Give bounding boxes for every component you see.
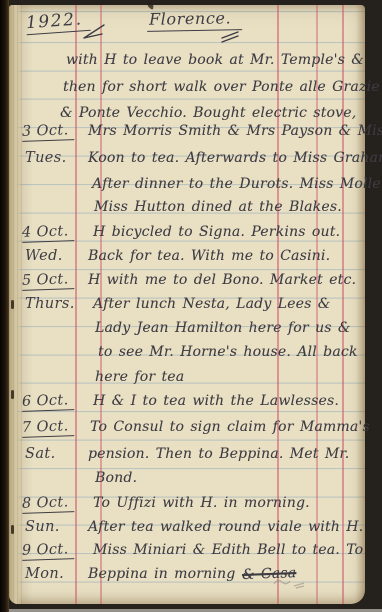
entry-text: H bicycled to Signa. Perkins out. <box>93 224 340 240</box>
entry-text-wrap: & Ponte Vecchio. Bought electric stove, <box>60 105 356 121</box>
entry-text-wrap: H bicycled to Signa. Perkins out. <box>93 224 340 240</box>
entry-text: Miss Miniari & Edith Bell to tea. To <box>93 542 363 558</box>
entry-date-label: 7 Oct. <box>22 418 74 438</box>
entry-text-wrap: Bond. <box>95 470 137 486</box>
diary-line: 8 Oct.To Uffizi with H. in morning. <box>0 495 382 517</box>
diary-line: 9 Oct.Miss Miniari & Edith Bell to tea. … <box>0 542 382 564</box>
entry-day-label: Sun. <box>25 519 60 535</box>
diary-line: here for tea <box>0 369 382 391</box>
entry-text-wrap: Koon to tea. Afterwards to Miss Graham <box>88 150 382 166</box>
entry-text-wrap: to see Mr. Horne's house. All back <box>98 344 358 360</box>
entry-text: Bond. <box>95 470 137 486</box>
entry-text: After dinner to the Durots. Miss Moller. <box>92 176 382 192</box>
entry-text-wrap: After lunch Nesta, Lady Lees & <box>93 296 330 312</box>
entry-text: then for short walk over Ponte alle Graz… <box>63 79 380 95</box>
entry-text: H & I to tea with the Lawlesses. <box>93 393 339 409</box>
entry-text: Mrs Morris Smith & Mrs Payson & Miss <box>88 123 382 139</box>
entry-text: with H to leave book at Mr. Temple's & <box>66 52 364 68</box>
entry-date-label: 3 Oct. <box>22 122 74 142</box>
notebook-scan: 1922. Florence. with H to leave book at … <box>0 0 382 612</box>
entry-text: Koon to tea. Afterwards to Miss Graham <box>88 150 382 166</box>
entry-text-wrap: Beppina in morning& Casa <box>88 566 297 582</box>
diary-line: Miss Hutton dined at the Blakes. <box>0 199 382 221</box>
entry-day-label: Tues. <box>25 150 67 166</box>
entry-text-wrap: H & I to tea with the Lawlesses. <box>93 393 339 409</box>
entry-text: Beppina in morning <box>88 566 235 582</box>
entry-text-wrap: here for tea <box>95 369 184 385</box>
entry-text-wrap: pension. Then to Beppina. Met Mr. <box>88 446 349 462</box>
entry-text: To Consul to sign claim for Mamma's <box>90 419 370 435</box>
entry-text: Lady Jean Hamilton here for us & <box>95 320 351 336</box>
entry-text-wrap: Mrs Morris Smith & Mrs Payson & Miss <box>88 123 382 139</box>
diary-line: 4 Oct.H bicycled to Signa. Perkins out. <box>0 224 382 246</box>
diary-line: Lady Jean Hamilton here for us & <box>0 320 382 342</box>
diary-line: Tues.Koon to tea. Afterwards to Miss Gra… <box>0 150 382 172</box>
diary-line: 6 Oct.H & I to tea with the Lawlesses. <box>0 393 382 415</box>
entry-text-wrap: then for short walk over Ponte alle Graz… <box>63 79 380 95</box>
entry-date-label: 9 Oct. <box>22 541 74 561</box>
entry-text: pension. Then to Beppina. Met Mr. <box>88 446 349 462</box>
entry-text-wrap: After tea walked round viale with H. <box>88 519 363 535</box>
entry-text: here for tea <box>95 369 184 385</box>
diary-line: Wed.Back for tea. With me to Casini. <box>0 248 382 270</box>
entry-date-label: 5 Oct. <box>22 271 74 291</box>
entry-date-label: 4 Oct. <box>22 223 74 243</box>
entry-day-label: Wed. <box>25 248 63 264</box>
entry-text: After lunch Nesta, Lady Lees & <box>93 296 330 312</box>
entry-date-label: 8 Oct. <box>22 494 74 514</box>
entry-date-label: 6 Oct. <box>22 392 74 412</box>
entry-text: After tea walked round viale with H. <box>88 519 363 535</box>
diary-line: then for short walk over Ponte alle Graz… <box>0 79 382 101</box>
diary-line: Bond. <box>0 470 382 492</box>
entry-text-wrap: Back for tea. With me to Casini. <box>88 248 330 264</box>
entry-text: H with me to del Bono. Market etc. <box>88 272 356 288</box>
diary-line: 7 Oct.To Consul to sign claim for Mamma'… <box>0 419 382 441</box>
entry-text: & Ponte Vecchio. Bought electric stove, <box>60 105 356 121</box>
entry-text-wrap: H with me to del Bono. Market etc. <box>88 272 356 288</box>
entry-text-wrap: Lady Jean Hamilton here for us & <box>95 320 351 336</box>
diary-line: with H to leave book at Mr. Temple's & <box>0 52 382 74</box>
diary-line: 5 Oct.H with me to del Bono. Market etc. <box>0 272 382 294</box>
entry-text-wrap: After dinner to the Durots. Miss Moller. <box>92 176 382 192</box>
diary-line: Mon.Beppina in morning& Casa <box>0 566 382 588</box>
entry-day-label: Thurs. <box>25 296 75 312</box>
diary-line: Sun.After tea walked round viale with H. <box>0 519 382 541</box>
entry-text: Back for tea. With me to Casini. <box>88 248 330 264</box>
entry-text: To Uffizi with H. in morning. <box>93 495 310 511</box>
entry-text-wrap: with H to leave book at Mr. Temple's & <box>66 52 364 68</box>
entry-text: Miss Hutton dined at the Blakes. <box>94 199 342 215</box>
entry-text-wrap: To Uffizi with H. in morning. <box>93 495 310 511</box>
entry-day-label: Mon. <box>25 566 64 582</box>
entry-text: to see Mr. Horne's house. All back <box>98 344 358 360</box>
entry-day-label: Sat. <box>25 446 56 462</box>
entry-text-wrap: Miss Miniari & Edith Bell to tea. To <box>93 542 363 558</box>
diary-line: to see Mr. Horne's house. All back <box>0 344 382 366</box>
diary-line: Thurs.After lunch Nesta, Lady Lees & <box>0 296 382 318</box>
diary-line: After dinner to the Durots. Miss Moller. <box>0 176 382 198</box>
struck-text: & Casa <box>242 565 297 583</box>
title-flourish-icon <box>219 29 241 44</box>
entry-text-wrap: Miss Hutton dined at the Blakes. <box>94 199 342 215</box>
diary-line: 3 Oct.Mrs Morris Smith & Mrs Payson & Mi… <box>0 123 382 145</box>
year-flourish-icon <box>80 22 106 42</box>
diary-line: Sat.pension. Then to Beppina. Met Mr. <box>0 446 382 468</box>
page-content: 1922. Florence. with H to leave book at … <box>0 0 382 612</box>
entry-text-wrap: To Consul to sign claim for Mamma's <box>90 419 370 435</box>
